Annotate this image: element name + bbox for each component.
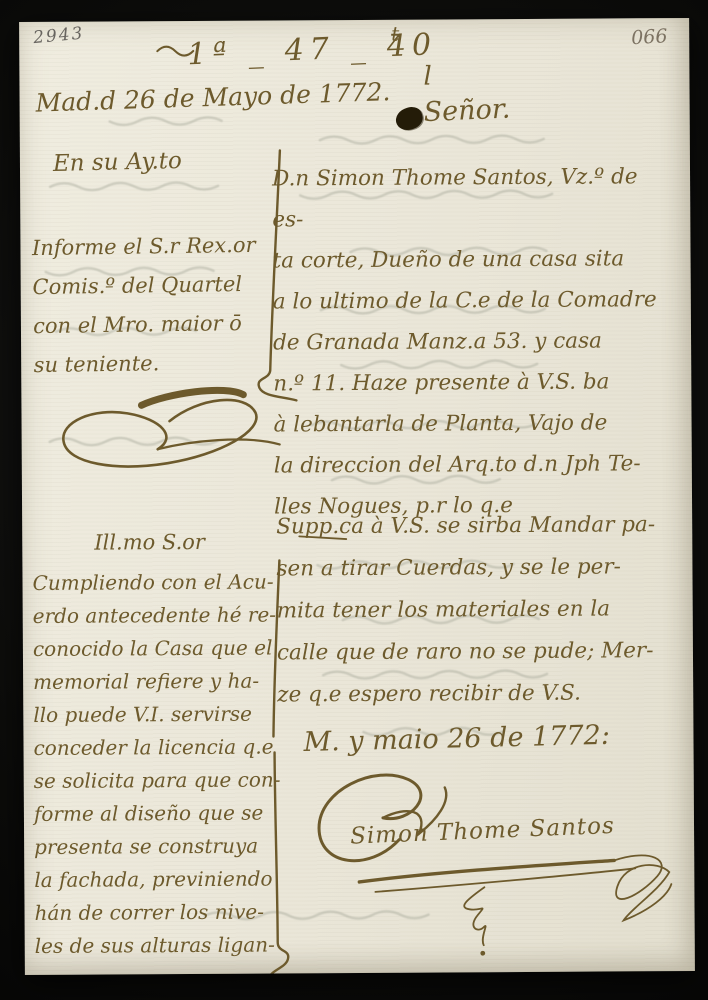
ink-blot bbox=[393, 104, 425, 132]
supplication-text: Supp.ca à V.S. se sirba Mandar pa- sen a… bbox=[276, 504, 677, 716]
report-text: Cumpliendo con el Acu- erdo antecedente … bbox=[32, 565, 296, 963]
place-date-line: Mad.d 26 de Mayo de 1772. bbox=[35, 77, 391, 117]
folio-number: 066 bbox=[631, 25, 668, 49]
file-number-header: 1ª _ 47 _ 40 bbox=[187, 27, 438, 72]
report-salutation: Ill.mo S.or bbox=[94, 530, 205, 555]
manuscript-page: 2943 1ª _ 47 _ 40 t 066 Mad.d 26 de Mayo… bbox=[19, 18, 695, 975]
margin-decree-title: En su Ay.to bbox=[53, 148, 182, 177]
margin-decree-text: Informe el S.r Rex.or Comis.º del Quarte… bbox=[32, 225, 292, 385]
closing-date: M. y maio 26 de 1772: bbox=[303, 720, 610, 758]
crossed-out-letter: t bbox=[391, 22, 399, 46]
photo-backdrop: 2943 1ª _ 47 _ 40 t 066 Mad.d 26 de Mayo… bbox=[0, 0, 708, 1000]
petition-text: D.n Simon Thome Santos, Vz.º de es- ta c… bbox=[272, 156, 674, 527]
signature-flourish bbox=[279, 760, 675, 967]
stray-pen-stroke: l bbox=[423, 62, 432, 92]
signature-name: Simon Thome Santos bbox=[350, 813, 616, 850]
pencil-inventory-number: 2943 bbox=[32, 23, 85, 48]
rubric-flourish bbox=[49, 378, 285, 509]
salutation: Señor. bbox=[423, 94, 511, 129]
